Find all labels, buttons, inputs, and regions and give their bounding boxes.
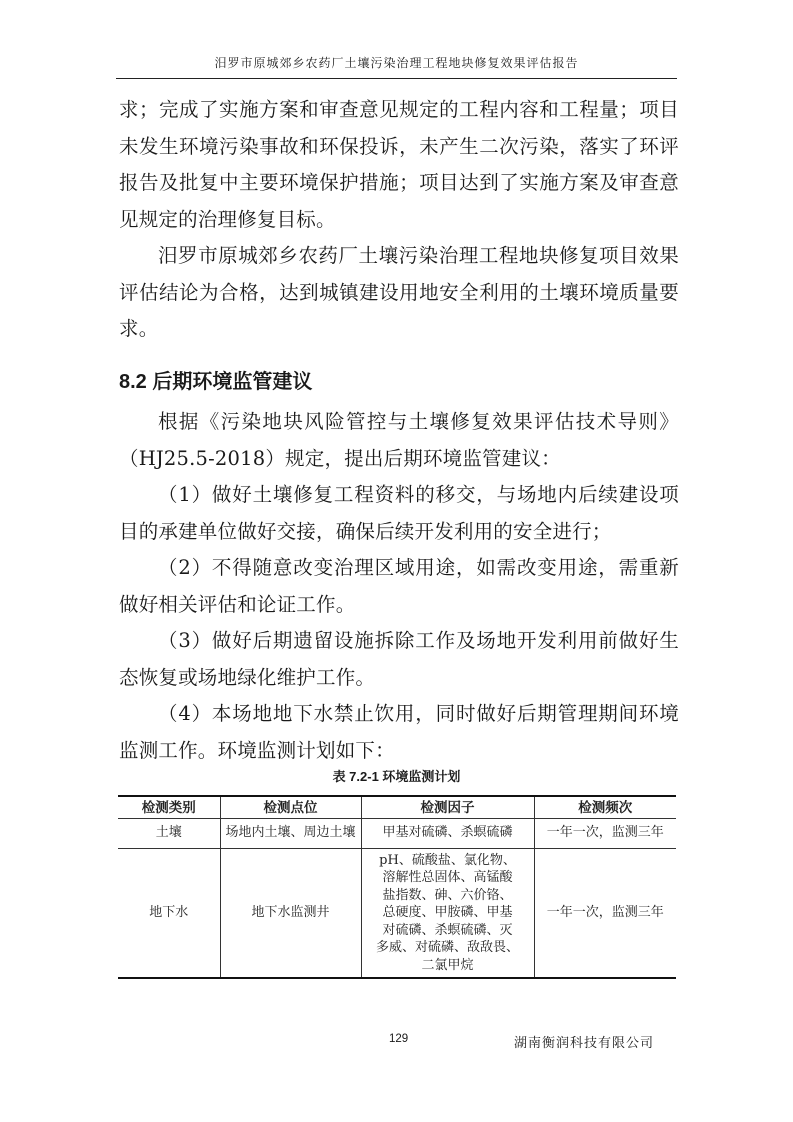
factor-line: 盐指数、砷、六价铬、 xyxy=(364,887,532,905)
supervision-text-block: 根据《污染地块风险管控与土壤修复效果评估技术导则》（HJ25.5-2018）规定… xyxy=(119,404,679,769)
section-heading-8-2: 8.2 后期环境监管建议 xyxy=(119,367,312,397)
factor-line: 溶解性总固体、高锰酸 xyxy=(364,869,532,887)
monitoring-plan-table: 检测类别 检测点位 检测因子 检测频次 土壤 场地内土壤、周边土壤 甲基对硫磷、… xyxy=(118,795,676,979)
cell-category: 土壤 xyxy=(118,818,220,848)
cell-location: 地下水监测井 xyxy=(220,848,361,978)
cell-category: 地下水 xyxy=(118,848,220,978)
factor-line: 多威、对硫磷、敌敌畏、 xyxy=(364,939,532,957)
cell-location: 场地内土壤、周边土壤 xyxy=(220,818,361,848)
table-row: 土壤 场地内土壤、周边土壤 甲基对硫磷、杀螟硫磷 一年一次，监测三年 xyxy=(118,818,676,848)
paragraph-item-4: （4）本场地地下水禁止饮用，同时做好后期管理期间环境监测工作。环境监测计划如下： xyxy=(119,696,679,769)
cell-factors: 甲基对硫磷、杀螟硫磷 xyxy=(361,818,534,848)
paragraph-item-2: （2）不得随意改变治理区域用途，如需改变用途，需重新做好相关评估和论证工作。 xyxy=(119,550,679,623)
header-factors: 检测因子 xyxy=(361,796,534,818)
header-location: 检测点位 xyxy=(220,796,361,818)
table-header-row: 检测类别 检测点位 检测因子 检测频次 xyxy=(118,796,676,818)
paragraph-assessment-result: 汨罗市原城郊乡农药厂土壤污染治理工程地块修复项目效果评估结论为合格，达到城镇建设… xyxy=(119,238,679,348)
header-frequency: 检测频次 xyxy=(534,796,676,818)
footer-company-name: 湖南衡润科技有限公司 xyxy=(514,1032,654,1051)
cell-frequency: 一年一次，监测三年 xyxy=(534,848,676,978)
cell-factors: pH、硫酸盐、氯化物、 溶解性总固体、高锰酸 盐指数、砷、六价铬、 总硬度、甲胺… xyxy=(361,848,534,978)
paragraph-conclusion-continued: 求；完成了实施方案和审查意见规定的工程内容和工程量；项目未发生环境污染事故和环保… xyxy=(119,92,679,238)
paragraph-regulation-basis: 根据《污染地块风险管控与土壤修复效果评估技术导则》（HJ25.5-2018）规定… xyxy=(119,404,679,477)
factor-line: 总硬度、甲胺磷、甲基 xyxy=(364,904,532,922)
page-number: 129 xyxy=(389,1033,408,1045)
factor-line: 对硫磷、杀螟硫磷、灭 xyxy=(364,922,532,940)
table-row: 地下水 地下水监测井 pH、硫酸盐、氯化物、 溶解性总固体、高锰酸 盐指数、砷、… xyxy=(118,848,676,978)
paragraph-item-1: （1）做好土壤修复工程资料的移交，与场地内后续建设项目的承建单位做好交接，确保后… xyxy=(119,477,679,550)
header-category: 检测类别 xyxy=(118,796,220,818)
table-caption: 表 7.2-1 环境监测计划 xyxy=(0,766,793,785)
conclusion-text-block: 求；完成了实施方案和审查意见规定的工程内容和工程量；项目未发生环境污染事故和环保… xyxy=(119,92,679,348)
running-header-title: 汨罗市原城郊乡农药厂土壤污染治理工程地块修复效果评估报告 xyxy=(0,54,793,71)
paragraph-item-3: （3）做好后期遗留设施拆除工作及场地开发利用前做好生态恢复或场地绿化维护工作。 xyxy=(119,623,679,696)
header-divider xyxy=(116,78,677,79)
factor-line: 二氯甲烷 xyxy=(364,957,532,975)
factor-line: pH、硫酸盐、氯化物、 xyxy=(364,852,532,870)
cell-frequency: 一年一次，监测三年 xyxy=(534,818,676,848)
